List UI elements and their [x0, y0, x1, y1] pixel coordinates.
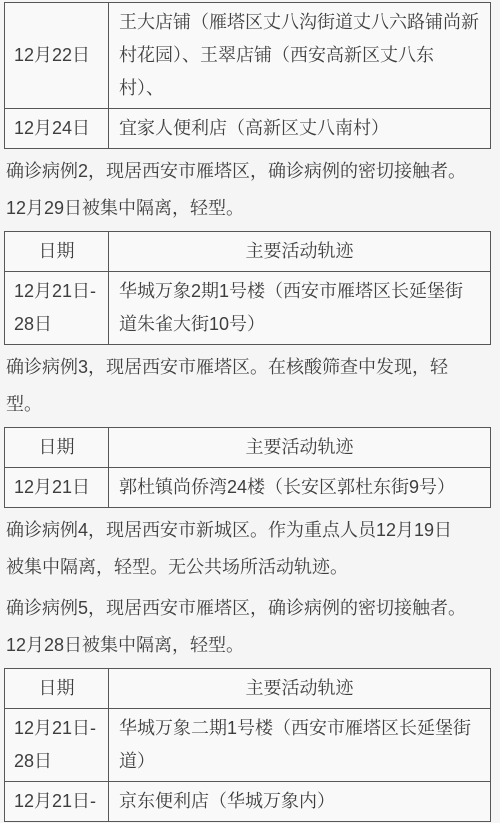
activity-table-3: 日期 主要活动轨迹 12月21日 郭杜镇尚侨湾24楼（长安区郭杜东街9号）: [4, 427, 491, 508]
date-cell: 12月21日-: [5, 782, 109, 822]
case-2-summary: 确诊病例2，现居西安市雁塔区，确诊病例的密切接触者。 12月29日被集中隔离，轻…: [0, 153, 500, 227]
table-header-row: 日期 主要活动轨迹: [5, 428, 491, 468]
table-row: 12月21日- 京东便利店（华城万象内）: [5, 782, 491, 822]
date-cell: 12月24日: [5, 109, 109, 149]
case-5-summary: 确诊病例5，现居西安市雁塔区，确诊病例的密切接触者。 12月28日被集中隔离，轻…: [0, 590, 500, 664]
date-column-header: 日期: [5, 669, 109, 709]
date-cell: 12月21日- 28日: [5, 709, 109, 782]
date-cell: 12月21日: [5, 468, 109, 508]
track-column-header: 主要活动轨迹: [109, 428, 491, 468]
table-row: 12月21日- 28日 华城万象2期1号楼（西安市雁塔区长延堡街 道朱雀大街10…: [5, 272, 491, 345]
case-track-document: 12月22日 王大店铺（雁塔区丈八沟街道丈八六路铺尚新 村花园）、王翠店铺（西安…: [0, 0, 500, 822]
table-row: 12月21日 郭杜镇尚侨湾24楼（长安区郭杜东街9号）: [5, 468, 491, 508]
track-cell: 王大店铺（雁塔区丈八沟街道丈八六路铺尚新 村花园）、王翠店铺（西安高新区丈八东 …: [109, 3, 491, 109]
date-column-header: 日期: [5, 428, 109, 468]
track-cell: 华城万象2期1号楼（西安市雁塔区长延堡街 道朱雀大街10号）: [109, 272, 491, 345]
case-4-summary: 确诊病例4，现居西安市新城区。作为重点人员12月19日 被集中隔离，轻型。无公共…: [0, 512, 500, 586]
table-header-row: 日期 主要活动轨迹: [5, 232, 491, 272]
table-row: 12月21日- 28日 华城万象二期1号楼（西安市雁塔区长延堡街 道）: [5, 709, 491, 782]
date-column-header: 日期: [5, 232, 109, 272]
track-column-header: 主要活动轨迹: [109, 232, 491, 272]
date-cell: 12月21日- 28日: [5, 272, 109, 345]
track-cell: 华城万象二期1号楼（西安市雁塔区长延堡街 道）: [109, 709, 491, 782]
table-row: 12月22日 王大店铺（雁塔区丈八沟街道丈八六路铺尚新 村花园）、王翠店铺（西安…: [5, 3, 491, 109]
track-cell: 郭杜镇尚侨湾24楼（长安区郭杜东街9号）: [109, 468, 491, 508]
activity-table-2: 日期 主要活动轨迹 12月21日- 28日 华城万象2期1号楼（西安市雁塔区长延…: [4, 231, 491, 345]
activity-table-4: 日期 主要活动轨迹 12月21日- 28日 华城万象二期1号楼（西安市雁塔区长延…: [4, 668, 491, 822]
track-cell: 宜家人便利店（高新区丈八南村）: [109, 109, 491, 149]
activity-table-1: 12月22日 王大店铺（雁塔区丈八沟街道丈八六路铺尚新 村花园）、王翠店铺（西安…: [4, 2, 491, 149]
track-cell: 京东便利店（华城万象内）: [109, 782, 491, 822]
case-3-summary: 确诊病例3，现居西安市雁塔区。在核酸筛查中发现，轻 型。: [0, 349, 500, 423]
table-row: 12月24日 宜家人便利店（高新区丈八南村）: [5, 109, 491, 149]
date-cell: 12月22日: [5, 3, 109, 109]
track-column-header: 主要活动轨迹: [109, 669, 491, 709]
table-header-row: 日期 主要活动轨迹: [5, 669, 491, 709]
